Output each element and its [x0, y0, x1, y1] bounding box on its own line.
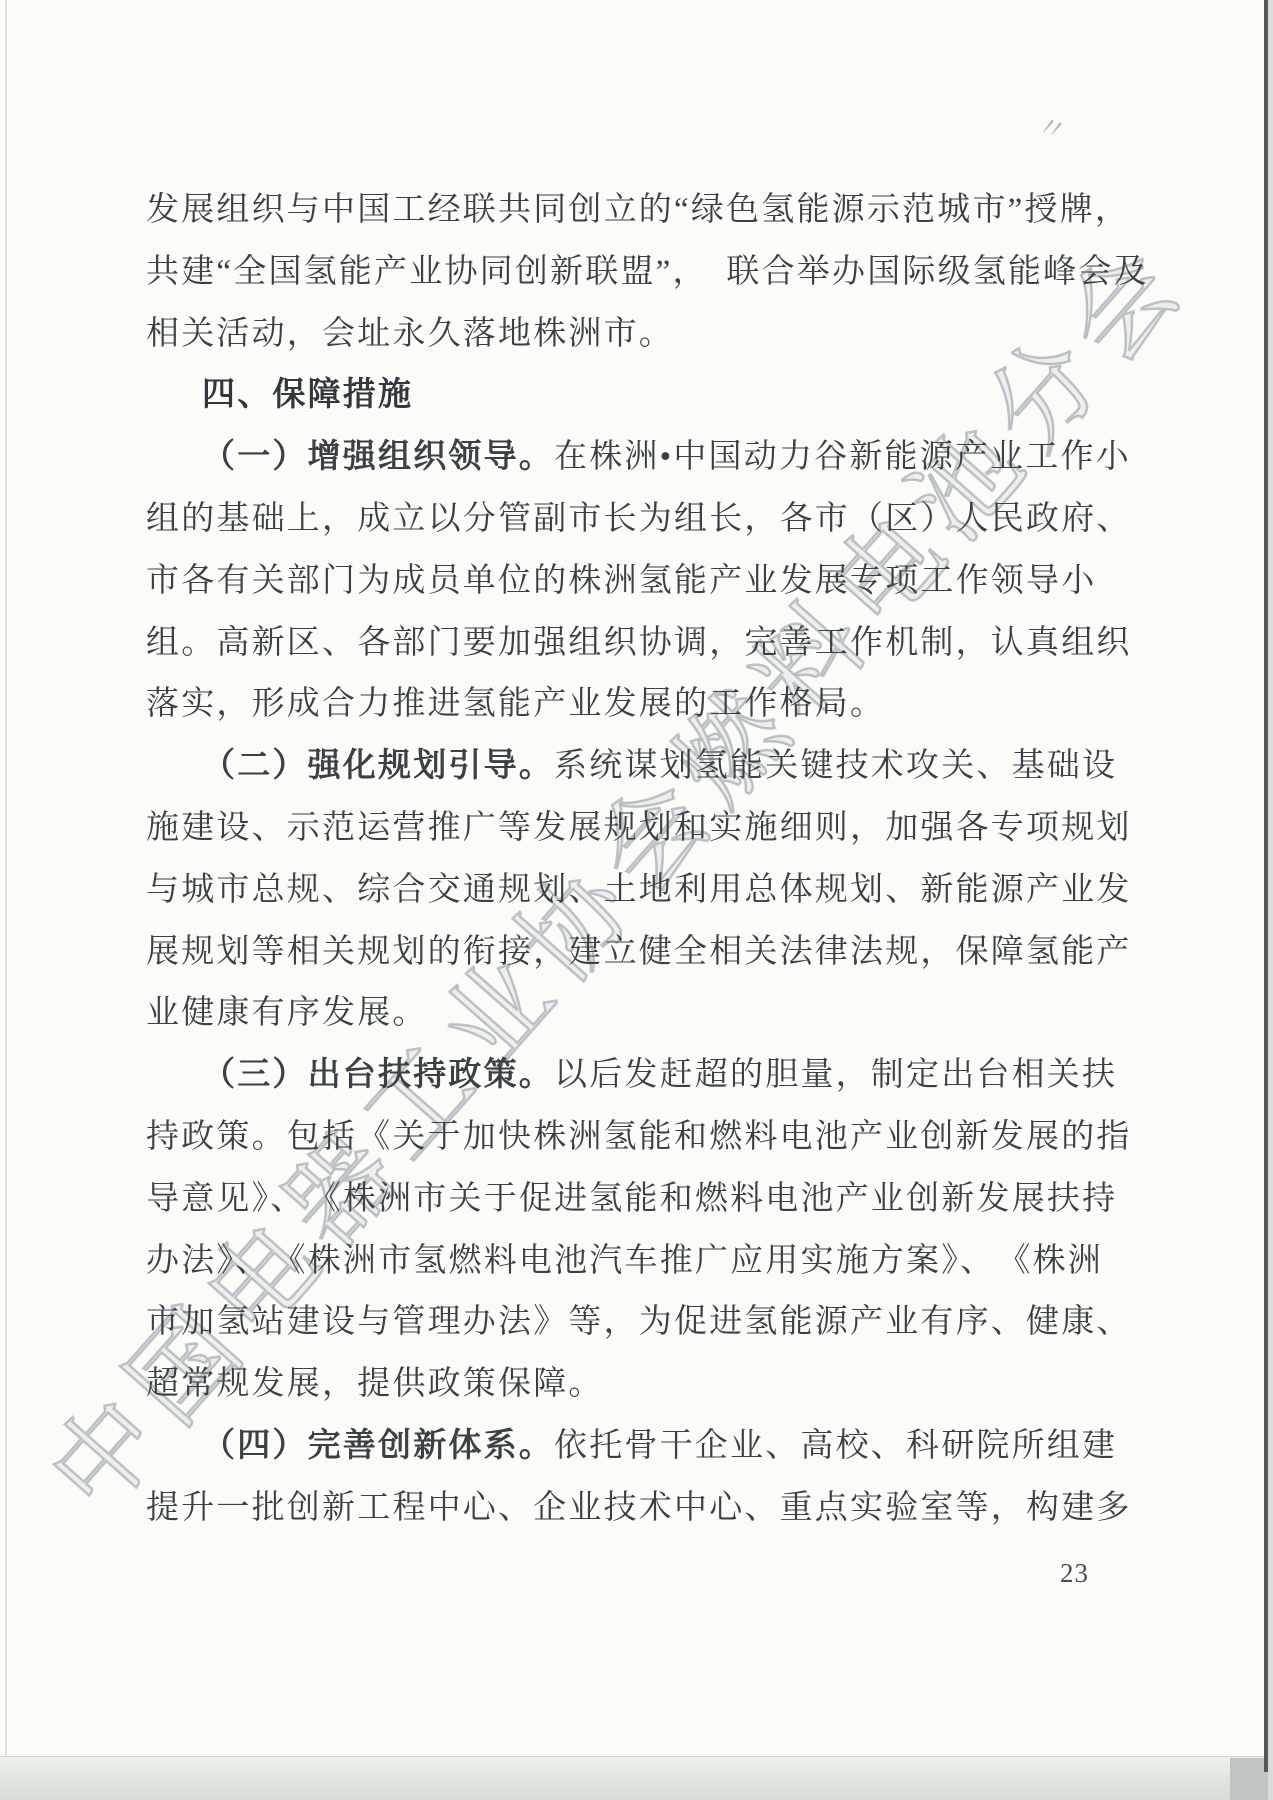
text-line: 组的基础上，成立以分管副市长为组长，各市（区）人民政府、: [146, 499, 1132, 539]
text-line: 落实，形成合力推进氢能产业发展的工作格局。: [146, 684, 885, 724]
text-line: 与城市总规、综合交通规划、土地利用总体规划、新能源产业发: [146, 870, 1132, 910]
text-line: （一）增强组织领导。在株洲•中国动力谷新能源产业工作小: [202, 437, 1131, 477]
paragraph-lead: （一）增强组织领导。: [202, 439, 554, 475]
text-line: （四）完善创新体系。依托骨干企业、高校、科研院所组建: [202, 1426, 1117, 1466]
text-line: 发展组织与中国工经联共同创立的“绿色氢能源示范城市”授牌，: [146, 190, 1130, 230]
text-line: 持政策。包括《关于加快株洲氢能和燃料电池产业创新发展的指: [146, 1117, 1132, 1157]
document-page: 中国电器工业协会燃料电池分会 发展组织与中国工经联共同创立的“绿色氢能源示范城市…: [0, 0, 1273, 1800]
section-heading: 四、保障措施: [202, 375, 413, 415]
text-line: 市各有关部门为成员单位的株洲氢能产业发展专项工作领导小: [146, 561, 1096, 601]
page-number: 23: [1060, 1558, 1089, 1589]
text-line: 相关活动，会址永久落地株洲市。: [146, 314, 674, 354]
page-edge-left-line: [5, 0, 7, 1800]
page-edge-bottom-band: [0, 1756, 1273, 1800]
text-line: （三）出台扶持政策。以后发赶超的胆量，制定出台相关扶: [202, 1055, 1117, 1095]
text-line: 共建“全国氢能产业协同创新联盟”， 联合举办国际级氢能峰会及: [146, 252, 1149, 292]
paragraph-lead: （二）强化规划引导。: [202, 748, 554, 784]
paragraph-lead: （四）完善创新体系。: [202, 1428, 554, 1464]
text-line: 展规划等相关规划的衔接，建立健全相关法律法规，保障氢能产: [146, 932, 1132, 972]
text-line: 办法》、 《株洲市氢燃料电池汽车推广应用实施方案》、 《株洲: [146, 1241, 1103, 1281]
text-line: 市加氢站建设与管理办法》等，为促进氢能源产业有序、健康、: [146, 1302, 1132, 1342]
scan-artifact-mark: 〃: [1032, 100, 1074, 151]
text-line: 超常规发展，提供政策保障。: [146, 1364, 604, 1404]
text-line: 组。高新区、各部门要加强组织协调，完善工作机制，认真组织: [146, 623, 1132, 663]
text-line: 施建设、示范运营推广等发展规划和实施细则，加强各专项规划: [146, 808, 1132, 848]
paragraph-lead: （三）出台扶持政策。: [202, 1057, 554, 1093]
text-line: （二）强化规划引导。系统谋划氢能关键技术攻关、基础设: [202, 746, 1117, 786]
page-edge-right-outer-band: [1268, 0, 1273, 1800]
text-line: 业健康有序发展。: [146, 993, 428, 1033]
text-line: 提升一批创新工程中心、企业技术中心、重点实验室等，构建多: [146, 1488, 1132, 1528]
text-line: 导意见》、 《株洲市关于促进氢能和燃料电池产业创新发展扶持: [146, 1179, 1117, 1219]
